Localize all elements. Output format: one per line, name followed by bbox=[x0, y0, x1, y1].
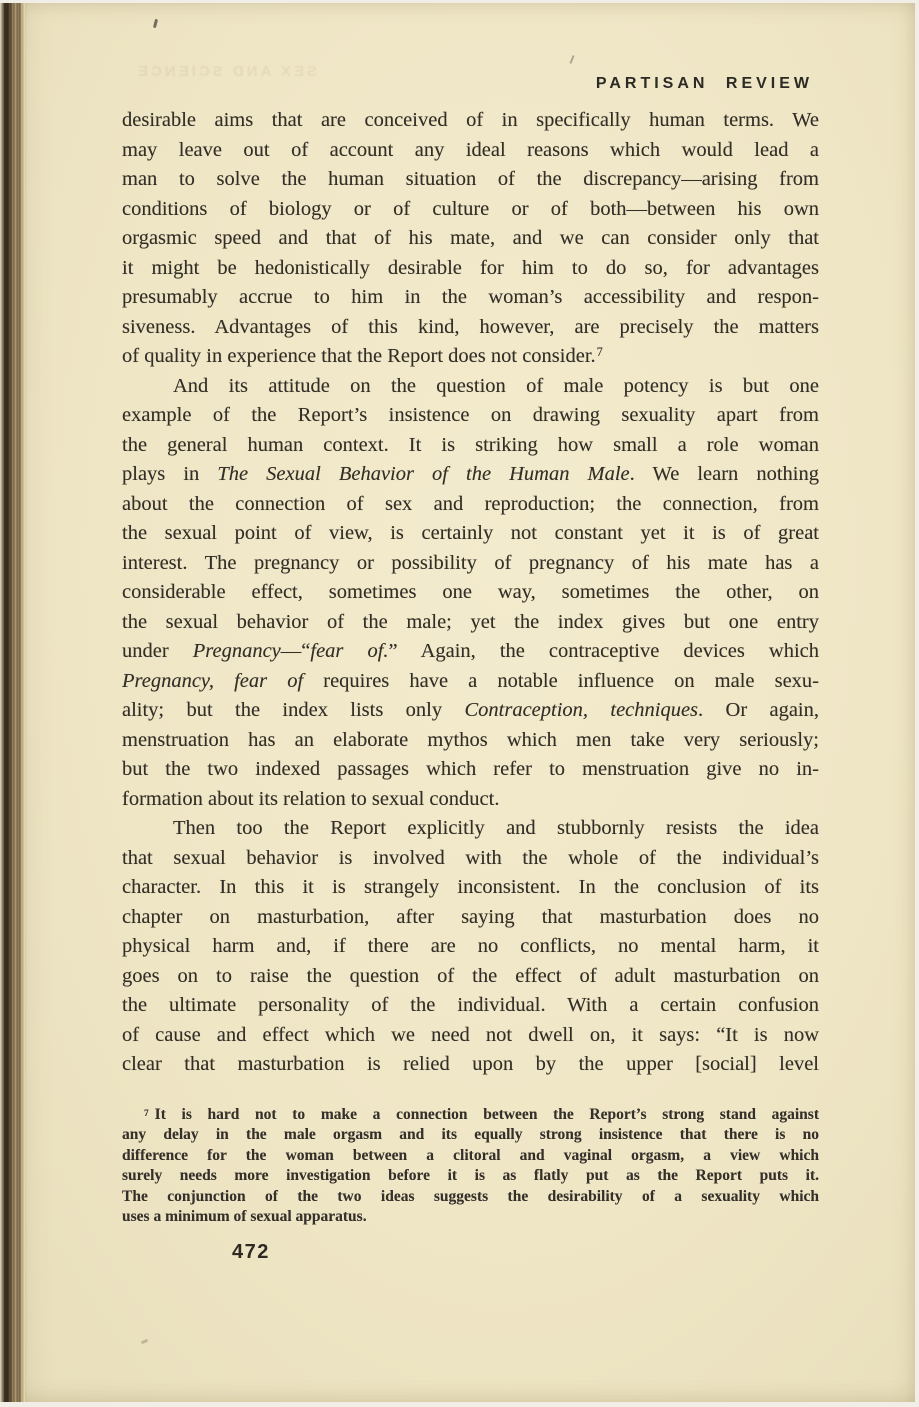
footnote-marker: 7 bbox=[597, 345, 603, 359]
text-segment: chapter on masturbation, after saying th… bbox=[122, 906, 819, 928]
text-segment: goes on to raise the question of the eff… bbox=[122, 965, 819, 987]
text-segment: of quality in experience that the Report… bbox=[122, 345, 596, 367]
text-line: any delay in the male orgasm and its equ… bbox=[122, 1125, 819, 1145]
text-line: siveness. Advantages of this kind, howev… bbox=[122, 313, 819, 343]
text-segment: example of the Report’s insistence on dr… bbox=[122, 404, 819, 426]
text-line: presumably accrue to him in the woman’s … bbox=[122, 283, 819, 313]
text-segment: under bbox=[122, 640, 193, 662]
text-segment: ality; but the index lists only bbox=[122, 699, 464, 721]
text-segment: desirable aims that are conceived of in … bbox=[122, 109, 819, 131]
text-segment: but the two indexed passages which refer… bbox=[122, 758, 819, 780]
text-line: formation about its relation to sexual c… bbox=[122, 785, 819, 815]
text-segment: interest. The pregnancy or possibility o… bbox=[122, 552, 819, 574]
text-line: of quality in experience that the Report… bbox=[122, 342, 819, 372]
text-line: chapter on masturbation, after saying th… bbox=[122, 903, 819, 933]
text-segment: —“ bbox=[281, 640, 311, 662]
text-line: uses a minimum of sexual apparatus. bbox=[122, 1207, 819, 1227]
text-segment: clear that masturbation is relied upon b… bbox=[122, 1053, 819, 1075]
text-line: Pregnancy, fear of requires have a notab… bbox=[122, 667, 819, 697]
text-line: Then too the Report explicitly and stubb… bbox=[122, 814, 819, 844]
text-segment: . We learn nothing bbox=[630, 463, 819, 485]
text-segment: difference for the woman between a clito… bbox=[122, 1147, 819, 1164]
text-segment: siveness. Advantages of this kind, howev… bbox=[122, 316, 819, 338]
text-line: physical harm and, if there are no confl… bbox=[122, 932, 819, 962]
text-segment: that sexual behavior is involved with th… bbox=[122, 847, 819, 869]
text-segment: considerable effect, sometimes one way, … bbox=[122, 581, 819, 603]
page-number: 472 bbox=[232, 1241, 270, 1264]
text-line: character. In this it is strangely incon… bbox=[122, 873, 819, 903]
book-spine-edge bbox=[0, 3, 27, 1402]
text-segment: It is hard not to make a connection betw… bbox=[155, 1106, 819, 1123]
text-line: goes on to raise the question of the eff… bbox=[122, 962, 819, 992]
text-segment: And its attitude on the question of male… bbox=[173, 375, 819, 397]
text-segment: orgasmic speed and that of his mate, and… bbox=[122, 227, 819, 249]
text-line: ality; but the index lists only Contrace… bbox=[122, 696, 819, 726]
text-line: the ultimate personality of the individu… bbox=[122, 991, 819, 1021]
text-line: surely needs more investigation before i… bbox=[122, 1166, 819, 1186]
text-segment: the sexual behavior of the male; yet the… bbox=[122, 611, 819, 633]
text-segment: it might be hedonistically desirable for… bbox=[122, 257, 819, 279]
text-segment: plays in bbox=[122, 463, 217, 485]
ink-speck bbox=[153, 19, 158, 28]
text-line: considerable effect, sometimes one way, … bbox=[122, 578, 819, 608]
text-segment: man to solve the human situation of the … bbox=[122, 168, 819, 190]
text-line: example of the Report’s insistence on dr… bbox=[122, 401, 819, 431]
text-segment: any delay in the male orgasm and its equ… bbox=[122, 1126, 819, 1143]
text-segment: uses a minimum of sexual apparatus. bbox=[122, 1208, 367, 1225]
text-line: difference for the woman between a clito… bbox=[122, 1146, 819, 1166]
text-line: clear that masturbation is relied upon b… bbox=[122, 1050, 819, 1080]
text-segment: the general human context. It is strikin… bbox=[122, 434, 819, 456]
italic-text: Pregnancy, fear of bbox=[122, 670, 303, 692]
italic-text: fear of. bbox=[310, 640, 388, 662]
text-segment: the sexual point of view, is certainly n… bbox=[122, 522, 819, 544]
text-segment: . Or again, bbox=[698, 699, 819, 721]
text-line: the general human context. It is strikin… bbox=[122, 431, 819, 461]
text-segment: character. In this it is strangely incon… bbox=[122, 876, 819, 898]
text-line: of cause and effect which we need not dw… bbox=[122, 1021, 819, 1051]
text-segment: formation about its relation to sexual c… bbox=[122, 788, 499, 810]
text-segment: The conjunction of the two ideas suggest… bbox=[122, 1188, 819, 1205]
text-line: that sexual behavior is involved with th… bbox=[122, 844, 819, 874]
text-segment: of cause and effect which we need not dw… bbox=[122, 1024, 819, 1046]
journal-header: PARTISAN REVIEW bbox=[596, 75, 813, 93]
showthrough-ghost-text: SEX AND SCIENCE bbox=[135, 63, 317, 80]
footnote: 7It is hard not to make a connection bet… bbox=[122, 1105, 819, 1227]
text-segment: about the connection of sex and reproduc… bbox=[122, 493, 819, 515]
text-segment: physical harm and, if there are no confl… bbox=[122, 935, 819, 957]
text-line: man to solve the human situation of the … bbox=[122, 165, 819, 195]
text-segment: Then too the Report explicitly and stubb… bbox=[173, 817, 819, 839]
page-surface: SEX AND SCIENCE PARTISAN REVIEW desirabl… bbox=[0, 3, 915, 1402]
italic-text: Contraception, techniques bbox=[464, 699, 698, 721]
text-line: menstruation has an elaborate mythos whi… bbox=[122, 726, 819, 756]
text-line: about the connection of sex and reproduc… bbox=[122, 490, 819, 520]
text-line: desirable aims that are conceived of in … bbox=[122, 106, 819, 136]
text-line: And its attitude on the question of male… bbox=[122, 372, 819, 402]
scanned-book-page: { "header": { "title": "PARTISAN REVIEW"… bbox=[0, 0, 919, 1407]
text-segment: conditions of biology or of culture or o… bbox=[122, 198, 819, 220]
text-line: the sexual point of view, is certainly n… bbox=[122, 519, 819, 549]
text-line: The conjunction of the two ideas suggest… bbox=[122, 1187, 819, 1207]
text-line: under Pregnancy—“fear of.” Again, the co… bbox=[122, 637, 819, 667]
ink-speck bbox=[141, 1339, 149, 1345]
text-segment: ” Again, the contraceptive devices which bbox=[389, 640, 819, 662]
ink-speck bbox=[569, 55, 574, 64]
text-line: but the two indexed passages which refer… bbox=[122, 755, 819, 785]
article-text: desirable aims that are conceived of in … bbox=[122, 106, 819, 1080]
text-line: may leave out of account any ideal reaso… bbox=[122, 136, 819, 166]
text-segment: presumably accrue to him in the woman’s … bbox=[122, 286, 819, 308]
italic-text: Pregnancy bbox=[193, 640, 281, 662]
text-line: conditions of biology or of culture or o… bbox=[122, 195, 819, 225]
text-segment: requires have a notable influence on mal… bbox=[303, 670, 819, 692]
text-line: it might be hedonistically desirable for… bbox=[122, 254, 819, 284]
text-segment: may leave out of account any ideal reaso… bbox=[122, 139, 819, 161]
footnote-marker: 7 bbox=[144, 1109, 149, 1119]
text-segment: menstruation has an elaborate mythos whi… bbox=[122, 729, 819, 751]
text-line: orgasmic speed and that of his mate, and… bbox=[122, 224, 819, 254]
text-line: 7It is hard not to make a connection bet… bbox=[122, 1105, 819, 1125]
text-line: plays in The Sexual Behavior of the Huma… bbox=[122, 460, 819, 490]
text-segment: surely needs more investigation before i… bbox=[122, 1167, 819, 1184]
text-line: interest. The pregnancy or possibility o… bbox=[122, 549, 819, 579]
text-line: the sexual behavior of the male; yet the… bbox=[122, 608, 819, 638]
italic-text: The Sexual Behavior of the Human Male bbox=[217, 463, 629, 485]
text-segment: the ultimate personality of the individu… bbox=[122, 994, 819, 1016]
